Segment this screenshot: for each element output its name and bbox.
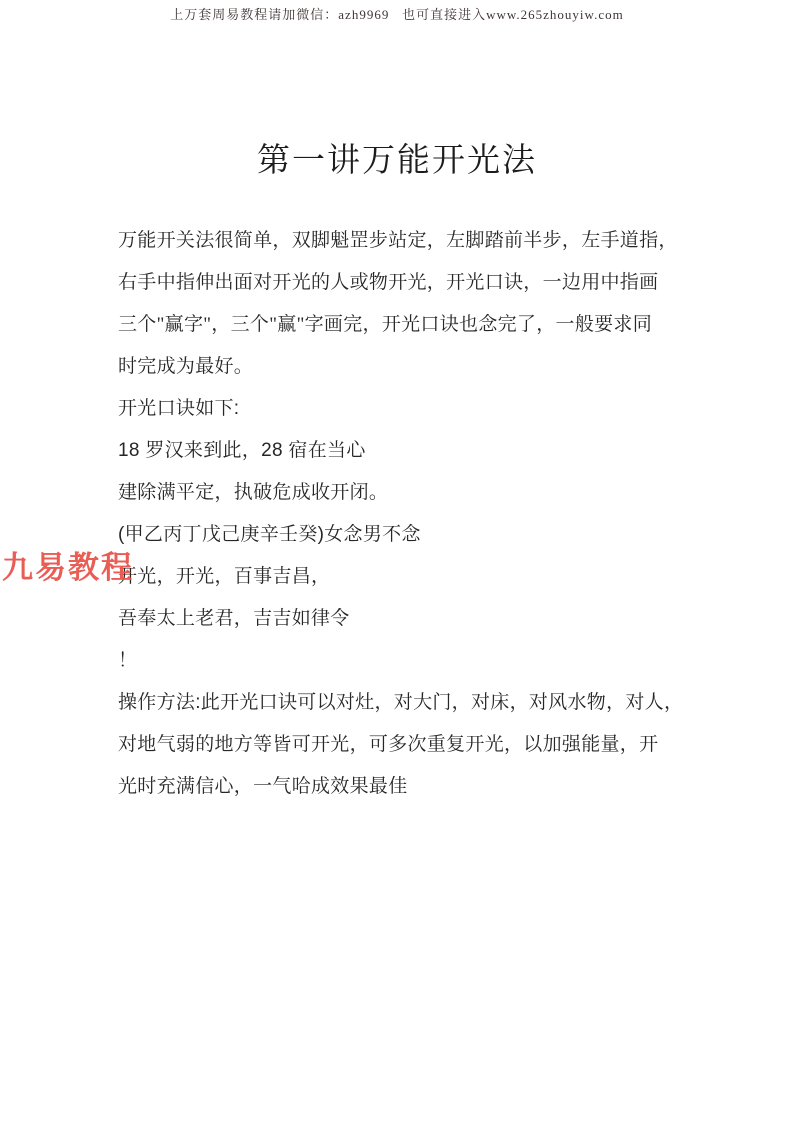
paragraph-mantra-stems: (甲乙丙丁戊己庚辛壬癸)女念男不念 bbox=[118, 514, 678, 556]
document-page: 上万套周易教程请加微信：azh9969 也可直接进入www.265zhouyiw… bbox=[0, 0, 794, 1123]
paragraph-mantra-heading: 开光口诀如下: bbox=[118, 388, 678, 430]
body-line: 操作方法:此开光口诀可以对灶，对大门，对床，对风水物，对人， bbox=[118, 682, 678, 724]
body-line: 建除满平定，执破危成收开闭。 bbox=[118, 472, 678, 514]
paragraph-mantra-lines: 18 罗汉来到此，28 宿在当心建除满平定，执破危成收开闭。 bbox=[118, 430, 678, 514]
document-body: 万能开关法很简单，双脚魁罡步站定，左脚踏前半步，左手道指，右手中指伸出面对开光的… bbox=[118, 220, 678, 808]
paragraph-intro: 万能开关法很简单，双脚魁罡步站定，左脚踏前半步，左手道指，右手中指伸出面对开光的… bbox=[118, 220, 678, 388]
body-line: 三个"赢字"，三个"赢"字画完，开光口诀也念完了，一般要求同 bbox=[118, 304, 678, 346]
body-line: 右手中指伸出面对开光的人或物开光，开光口诀，一边用中指画 bbox=[118, 262, 678, 304]
body-line: ！ bbox=[118, 640, 678, 682]
paragraph-mantra-verse: 开光，开光，百事吉昌，吾奉太上老君，吉吉如律令 bbox=[118, 556, 678, 640]
body-line: 对地气弱的地方等皆可开光，可多次重复开光，以加强能量，开 bbox=[118, 724, 678, 766]
body-line: 开光口诀如下: bbox=[118, 388, 678, 430]
page-title: 第一讲万能开光法 bbox=[0, 134, 794, 181]
paragraph-instructions: 操作方法:此开光口诀可以对灶，对大门，对床，对风水物，对人，对地气弱的地方等皆可… bbox=[118, 682, 678, 808]
promo-header: 上万套周易教程请加微信：azh9969 也可直接进入www.265zhouyiw… bbox=[0, 4, 794, 23]
body-line: (甲乙丙丁戊己庚辛壬癸)女念男不念 bbox=[118, 514, 678, 556]
body-line: 时完成为最好。 bbox=[118, 346, 678, 388]
paragraph-exclamation: ！ bbox=[118, 640, 678, 682]
watermark-logo: 九易教程 bbox=[2, 542, 134, 587]
body-line: 万能开关法很简单，双脚魁罡步站定，左脚踏前半步，左手道指， bbox=[118, 220, 678, 262]
body-line: 开光，开光，百事吉昌， bbox=[118, 556, 678, 598]
body-line: 光时充满信心，一气哈成效果最佳 bbox=[118, 766, 678, 808]
body-line: 吾奉太上老君，吉吉如律令 bbox=[118, 598, 678, 640]
body-line: 18 罗汉来到此，28 宿在当心 bbox=[118, 430, 678, 472]
